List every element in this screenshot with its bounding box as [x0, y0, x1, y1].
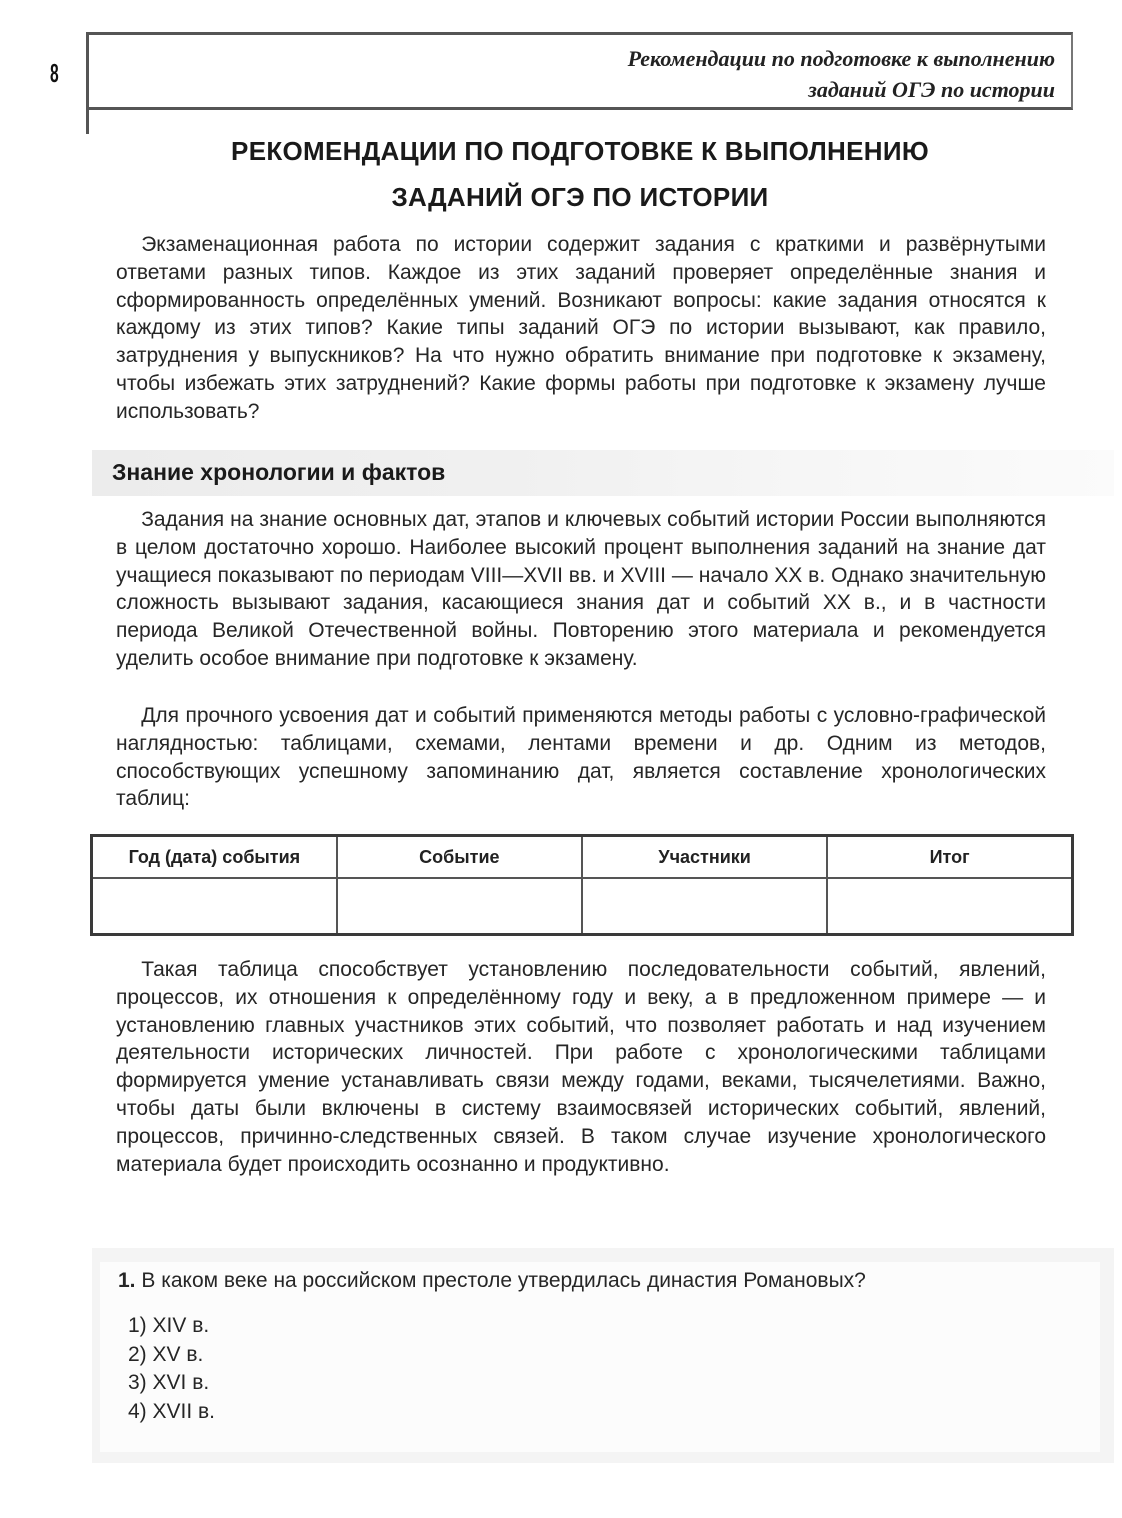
- column-header-participants: Участники: [582, 836, 827, 879]
- answer-option-3: 3) XVI в.: [128, 1369, 215, 1398]
- chronology-table: Год (дата) события Событие Участники Ито…: [90, 834, 1074, 936]
- intro-paragraph: Экзаменационная работа по истории содерж…: [116, 231, 1046, 426]
- table-cell: [582, 878, 827, 935]
- page-title-line-1: РЕКОМЕНДАЦИИ ПО ПОДГОТОВКЕ К ВЫПОЛНЕНИЮ: [100, 128, 1060, 174]
- table-cell: [827, 878, 1072, 935]
- page-number: 8: [50, 58, 59, 89]
- answer-option-1: 1) XIV в.: [128, 1312, 215, 1341]
- answer-options: 1) XIV в. 2) XV в. 3) XVI в. 4) XVII в.: [128, 1312, 215, 1426]
- section-paragraph-1: Задания на знание основных дат, этапов и…: [116, 506, 1046, 673]
- table-header-row: Год (дата) события Событие Участники Ито…: [92, 836, 1073, 879]
- running-header-line-1: Рекомендации по подготовке к выполнению: [628, 43, 1055, 74]
- running-header-line-2: заданий ОГЭ по истории: [628, 74, 1055, 105]
- task-question-text: В каком веке на российском престоле утве…: [141, 1269, 866, 1292]
- table-row: [92, 878, 1073, 935]
- running-header-text: Рекомендации по подготовке к выполнению …: [628, 43, 1055, 105]
- task-number: 1.: [118, 1269, 136, 1292]
- answer-option-2: 2) XV в.: [128, 1341, 215, 1370]
- page-title-line-2: ЗАДАНИЙ ОГЭ ПО ИСТОРИИ: [100, 174, 1060, 220]
- task-question: 1. В каком веке на российском престоле у…: [118, 1269, 866, 1293]
- answer-option-4: 4) XVII в.: [128, 1398, 215, 1427]
- section-paragraph-3: Такая таблица способствует установлению …: [116, 956, 1046, 1178]
- column-header-date: Год (дата) события: [92, 836, 337, 879]
- column-header-event: Событие: [337, 836, 582, 879]
- column-header-result: Итог: [827, 836, 1072, 879]
- table-cell: [337, 878, 582, 935]
- section-title: Знание хронологии и фактов: [112, 459, 445, 486]
- page-title: РЕКОМЕНДАЦИИ ПО ПОДГОТОВКЕ К ВЫПОЛНЕНИЮ …: [100, 128, 1060, 220]
- table-cell: [92, 878, 337, 935]
- header-rule: [86, 104, 89, 134]
- section-paragraph-2: Для прочного усвоения дат и событий прим…: [116, 702, 1046, 813]
- running-header: Рекомендации по подготовке к выполнению …: [86, 32, 1073, 110]
